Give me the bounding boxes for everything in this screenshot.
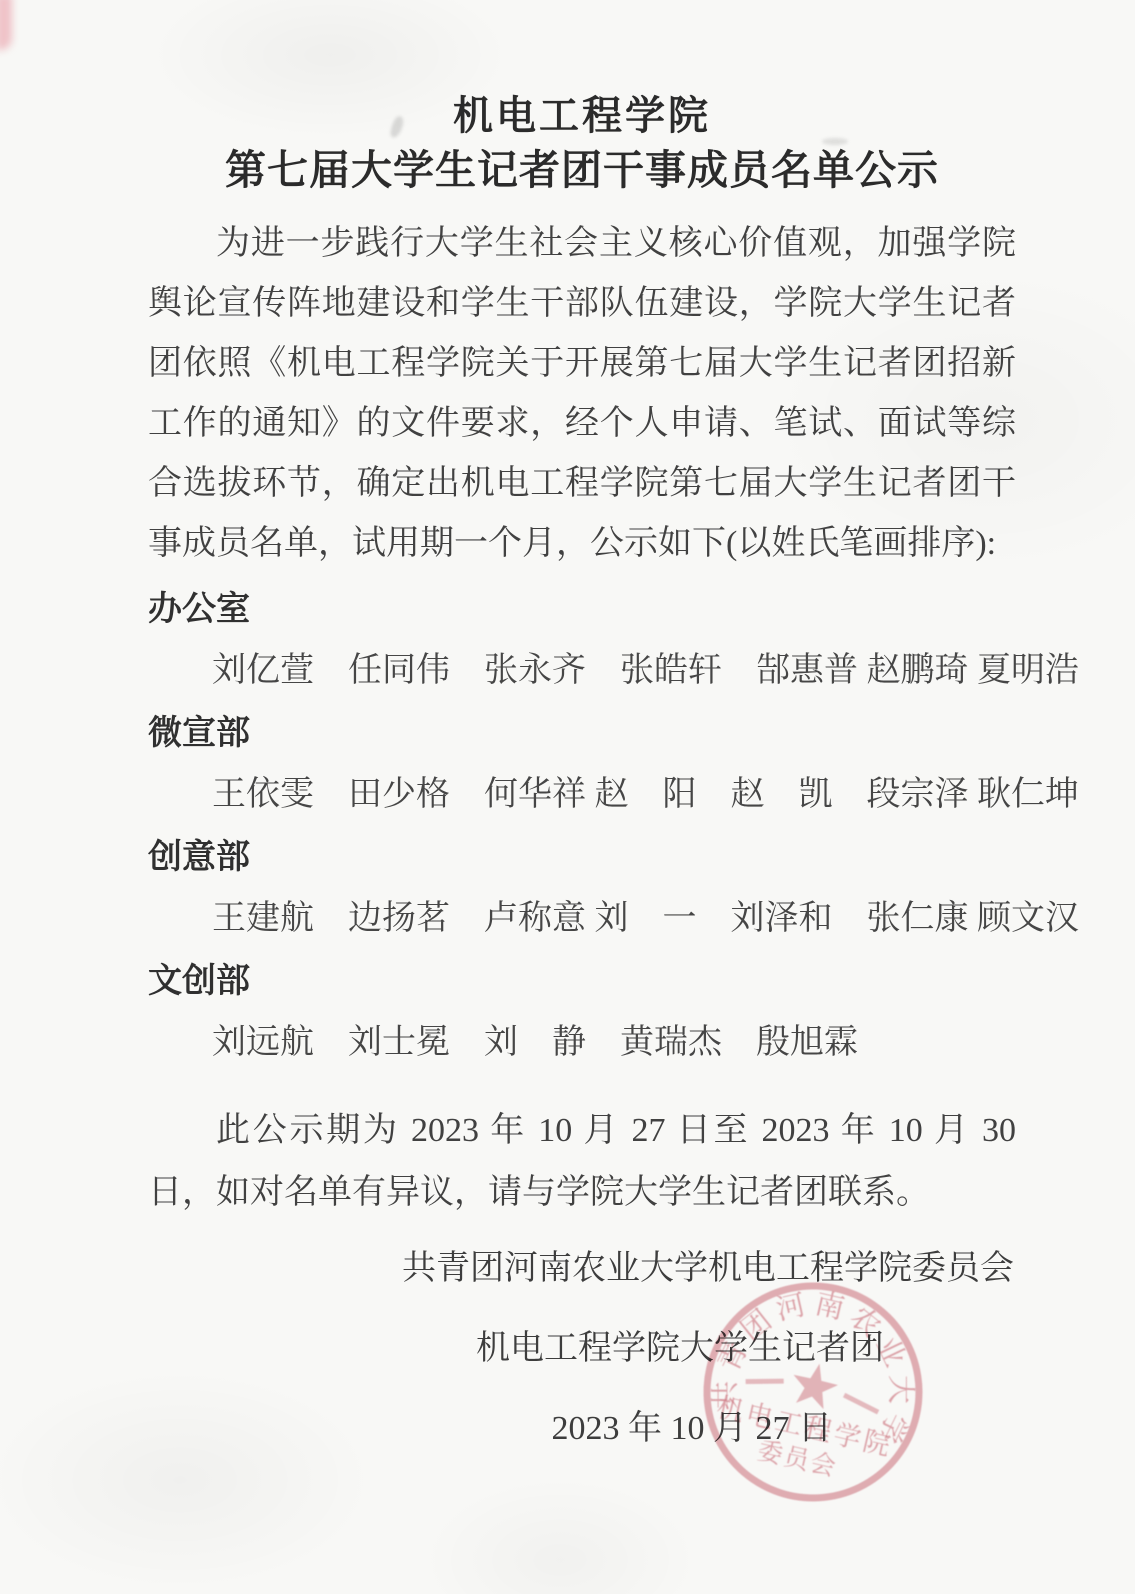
page-subtitle: 第七届大学生记者团干事成员名单公示 bbox=[148, 142, 1016, 198]
page-title: 机电工程学院 bbox=[148, 90, 1016, 142]
section-title: 创意部 bbox=[148, 826, 1016, 888]
member-sections: 办公室 刘亿萱 任同伟 张永齐 张皓轩 郜惠普 赵鹏琦 夏明浩 微宣部 王依雯 … bbox=[148, 578, 1016, 1074]
scan-smudge-top-left bbox=[0, 0, 12, 50]
section-office: 办公室 刘亿萱 任同伟 张永齐 张皓轩 郜惠普 赵鹏琦 夏明浩 bbox=[148, 578, 1016, 702]
seal-graphic: 共青团河南农业大学 机电工程学院 委员会 bbox=[674, 1253, 952, 1531]
intro-paragraph: 为进一步践行大学生社会主义核心价值观，加强学院舆论宣传阵地建设和学生干部队伍建设… bbox=[148, 214, 1016, 574]
seal-left-bar bbox=[746, 1373, 784, 1390]
seal-star-icon bbox=[788, 1359, 842, 1412]
section-member-list: 王依雯 田少格 何华祥 赵 阳 赵 凯 段宗泽 耿仁坤 bbox=[148, 764, 1016, 826]
section-title: 微宣部 bbox=[148, 702, 1016, 764]
section-chuangyi: 创意部 王建航 边扬茗 卢称意 刘 一 刘泽和 张仁康 顾文汉 bbox=[148, 826, 1016, 950]
section-title: 办公室 bbox=[148, 578, 1016, 640]
seal-right-bar bbox=[842, 1395, 880, 1412]
closing-paragraph: 此公示期为 2023 年 10 月 27 日至 2023 年 10 月 30 日… bbox=[148, 1100, 1016, 1224]
official-seal: 共青团河南农业大学 机电工程学院 委员会 bbox=[674, 1253, 952, 1531]
section-member-list: 王建航 边扬茗 卢称意 刘 一 刘泽和 张仁康 顾文汉 bbox=[148, 888, 1016, 950]
section-member-list: 刘亿萱 任同伟 张永齐 张皓轩 郜惠普 赵鹏琦 夏明浩 bbox=[148, 640, 1016, 702]
section-weixuan: 微宣部 王依雯 田少格 何华祥 赵 阳 赵 凯 段宗泽 耿仁坤 bbox=[148, 702, 1016, 826]
document-page: 机电工程学院 第七届大学生记者团干事成员名单公示 为进一步践行大学生社会主义核心… bbox=[148, 90, 1016, 1452]
section-title: 文创部 bbox=[148, 950, 1016, 1012]
signature-committee: 共青团河南农业大学机电工程学院委员会 bbox=[148, 1246, 1016, 1292]
section-wenchuang: 文创部 刘远航 刘士冕 刘 静 黄瑞杰 殷旭霖 bbox=[148, 950, 1016, 1074]
section-member-list: 刘远航 刘士冕 刘 静 黄瑞杰 殷旭霖 bbox=[148, 1012, 1016, 1074]
